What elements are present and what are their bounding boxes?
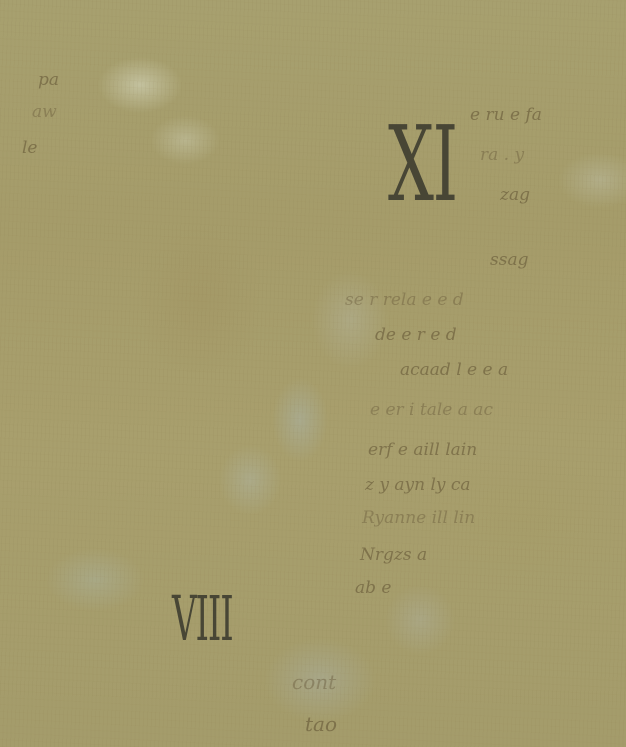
handwriting-line: e er i tale a ac bbox=[370, 400, 493, 420]
handwriting-line: aw bbox=[32, 102, 57, 122]
handwriting-line: zag bbox=[500, 185, 530, 205]
handwriting-line: e ru e fa bbox=[470, 105, 542, 125]
roman-numeral-xi: XI bbox=[388, 112, 457, 216]
handwriting-line: Nrgzs a bbox=[360, 545, 427, 565]
roman-numeral-viii: VIII bbox=[172, 588, 233, 650]
handwriting-line: le bbox=[22, 138, 38, 158]
handwriting-line: ab e bbox=[355, 578, 391, 598]
handwriting-line: pa bbox=[38, 70, 59, 90]
handwriting-line: erf e aill lain bbox=[368, 440, 477, 460]
handwriting-line: se r rela e e d bbox=[345, 290, 464, 310]
handwriting-line: de e r e d bbox=[375, 325, 457, 345]
handwriting-line: Ryanne ill lin bbox=[362, 508, 475, 528]
handwriting-line: tao bbox=[305, 712, 337, 736]
handwriting-line: ssag bbox=[490, 250, 528, 270]
handwriting-line: cont bbox=[292, 670, 336, 694]
parchment-wallpaper: XI VIII paawlee ru e fara . yzagssagse r… bbox=[0, 0, 626, 747]
handwriting-line: ra . y bbox=[480, 145, 524, 165]
handwriting-line: z y ayn ly ca bbox=[365, 475, 471, 495]
handwriting-line: acaad l e e a bbox=[400, 360, 508, 380]
